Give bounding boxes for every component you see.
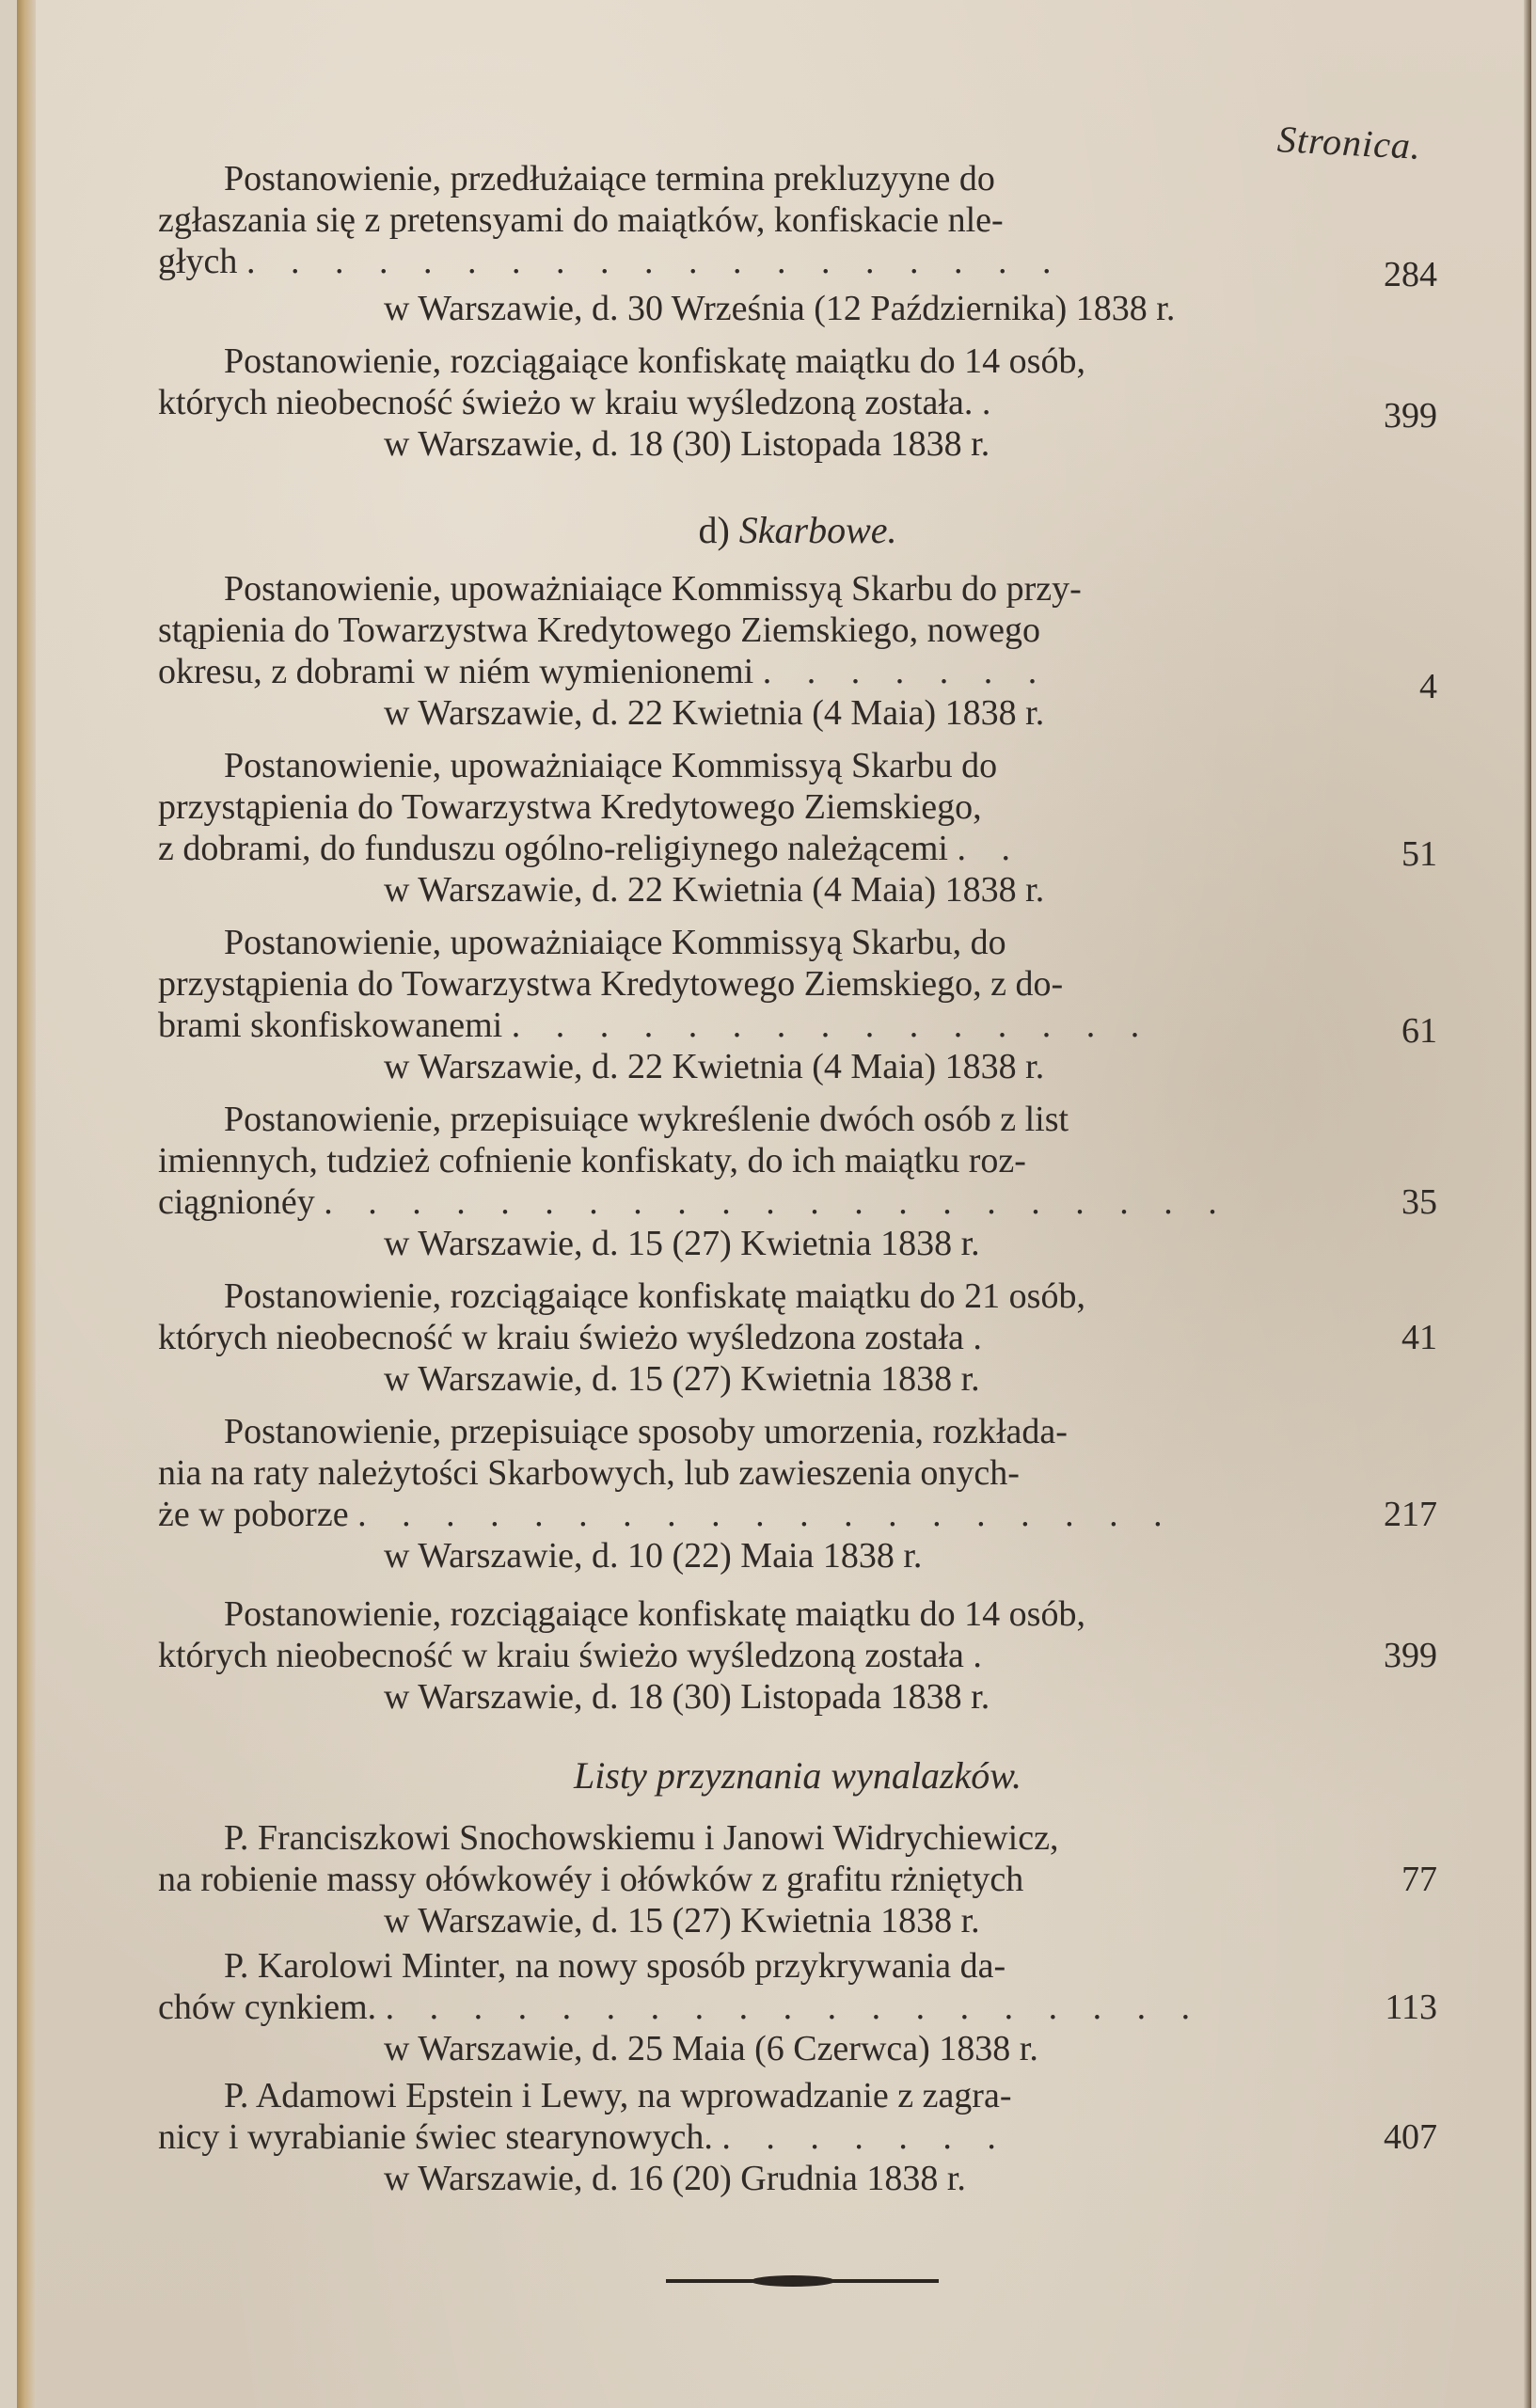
page-number: 407	[1384, 2116, 1437, 2158]
entry-line: brami skonfiskowanemi	[158, 1006, 502, 1045]
entry-line: zgłaszania się z pretensyami do maiątków…	[158, 199, 1437, 241]
section-title: Skarbowe.	[739, 509, 897, 551]
toc-entry: Postanowienie, przepisuiące wykreślenie …	[158, 1099, 1437, 1264]
entry-line: Postanowienie, przepisuiące wykreślenie …	[158, 1099, 1437, 1140]
leader-dots: . . . . . . .	[763, 652, 1051, 691]
entry-line: głych	[158, 242, 237, 281]
toc-entry: Postanowienie, rozciągaiące konfiskatę m…	[158, 1275, 1437, 1400]
entry-date: w Warszawie, d. 22 Kwietnia (4 Maia) 183…	[158, 692, 1437, 734]
entry-line: Postanowienie, rozciągaiące konfiskatę m…	[158, 1593, 1437, 1635]
entry-line: Postanowienie, upoważniaiące Kommissyą S…	[158, 745, 1437, 786]
toc-entry: Postanowienie, przepisuiące sposoby umor…	[158, 1411, 1437, 1576]
leader-dots: .	[973, 1636, 995, 1675]
entry-line: przystąpienia do Towarzystwa Kredytowego…	[158, 963, 1437, 1005]
entry-date: w Warszawie, d. 30 Września (12 Paździer…	[158, 288, 1437, 329]
entry-date: w Warszawie, d. 25 Maia (6 Czerwca) 1838…	[158, 2028, 1437, 2069]
leader-dots: . . . . . . . . . . . . . . . . . . .	[357, 1495, 1176, 1534]
entry-line-with-page: których nieobecność w kraiu świeżo wyśle…	[158, 1317, 1437, 1358]
entry-date: w Warszawie, d. 22 Kwietnia (4 Maia) 183…	[158, 869, 1437, 911]
leader-dots: . . . . . . . . . . . . . . . . . . .	[386, 1988, 1204, 2027]
entry-line: że w poborze	[158, 1495, 349, 1534]
entry-date: w Warszawie, d. 16 (20) Grudnia 1838 r.	[158, 2158, 1437, 2199]
entry-line: których nieobecność w kraiu świeżo wyśle…	[158, 1636, 964, 1675]
entry-date: w Warszawie, d. 18 (30) Listopada 1838 r…	[158, 1676, 1437, 1718]
entry-line: na robienie massy ołówkowéy i ołówków z …	[158, 1860, 1023, 1899]
entry-date: w Warszawie, d. 10 (22) Maia 1838 r.	[158, 1535, 1437, 1576]
entry-line: których nieobecność świeżo w kraiu wyśle…	[158, 383, 973, 422]
page-number: 217	[1384, 1494, 1437, 1535]
entry-line-with-page: głych . . . . . . . . . . . . . . . . . …	[158, 241, 1437, 282]
toc-entry: Postanowienie, rozciągaiące konfiskatę m…	[158, 1593, 1437, 1718]
section-heading-wynalazki: Listy przyznania wynalazków.	[158, 1753, 1437, 1798]
page-number: 35	[1401, 1181, 1437, 1223]
entry-line-with-page: ciągnionéy . . . . . . . . . . . . . . .…	[158, 1181, 1437, 1223]
section-heading-skarbowe: d) Skarbowe.	[158, 508, 1437, 552]
leader-dots: . . . . . . . . . . . . . . . . . . .	[246, 242, 1065, 281]
entry-line: przystąpienia do Towarzystwa Kredytowego…	[158, 786, 1437, 828]
page-number: 399	[1384, 1635, 1437, 1676]
entry-line: nicy i wyrabianie świec stearynowych.	[158, 2117, 713, 2157]
entry-line: imiennych, tudzież cofnienie konfiskaty,…	[158, 1140, 1437, 1181]
leader-dots: . . . . . . . . . . . . . . .	[512, 1006, 1153, 1045]
entry-line-with-page: z dobrami, do funduszu ogólno-religiyneg…	[158, 828, 1437, 869]
page-number: 113	[1385, 1987, 1437, 2028]
toc-entry: P. Karolowi Minter, na nowy sposób przyk…	[158, 1945, 1437, 2069]
entry-line: chów cynkiem.	[158, 1988, 376, 2027]
toc-entry: Postanowienie, upoważniaiące Kommissyą S…	[158, 922, 1437, 1087]
page-number: 41	[1401, 1317, 1437, 1358]
entry-date: w Warszawie, d. 22 Kwietnia (4 Maia) 183…	[158, 1046, 1437, 1087]
entry-line-with-page: okresu, z dobrami w niém wymienionemi . …	[158, 651, 1437, 692]
entry-line: Postanowienie, przedłużaiące termina pre…	[158, 158, 1437, 199]
leader-dots: .	[973, 1318, 995, 1357]
entry-line: P. Franciszkowi Snochowskiemu i Janowi W…	[158, 1817, 1437, 1859]
toc-entry: Postanowienie, upoważniaiące Kommissyą S…	[158, 745, 1437, 911]
page-number: 77	[1401, 1859, 1437, 1900]
leader-dots: . .	[957, 829, 1023, 868]
page-left-edge	[17, 0, 36, 2408]
toc-entry: Postanowienie, upoważniaiące Kommissyą S…	[158, 568, 1437, 734]
entry-line-with-page: chów cynkiem. . . . . . . . . . . . . . …	[158, 1987, 1437, 2028]
document-page: Stronica. Postanowienie, przedłużaiące t…	[17, 0, 1531, 2408]
entry-date: w Warszawie, d. 15 (27) Kwietnia 1838 r.	[158, 1223, 1437, 1264]
entry-line: Postanowienie, rozciągaiące konfiskatę m…	[158, 1275, 1437, 1317]
leader-dots: . . . . . . . . . . . . . . . . . . . . …	[324, 1182, 1230, 1222]
entry-line: z dobrami, do funduszu ogólno-religiyneg…	[158, 829, 948, 868]
entry-line-with-page: że w poborze . . . . . . . . . . . . . .…	[158, 1494, 1437, 1535]
entry-line: Postanowienie, upoważniaiące Kommissyą S…	[158, 568, 1437, 610]
entry-date: w Warszawie, d. 18 (30) Listopada 1838 r…	[158, 423, 1437, 465]
leader-dots: . . . . . . .	[721, 2117, 1009, 2157]
end-ornament-rule	[666, 2274, 939, 2288]
entry-line-with-page: których nieobecność świeżo w kraiu wyśle…	[158, 382, 1437, 423]
entry-line: ciągnionéy	[158, 1182, 315, 1222]
toc-entry: P. Franciszkowi Snochowskiemu i Janowi W…	[158, 1817, 1437, 1941]
entry-line-with-page: brami skonfiskowanemi . . . . . . . . . …	[158, 1005, 1437, 1046]
section-title: Listy przyznania wynalazków.	[574, 1754, 1021, 1797]
entry-line-with-page: na robienie massy ołówkowéy i ołówków z …	[158, 1859, 1437, 1900]
entry-line: P. Karolowi Minter, na nowy sposób przyk…	[158, 1945, 1437, 1987]
entry-line: których nieobecność w kraiu świeżo wyśle…	[158, 1318, 964, 1357]
toc-entry: Postanowienie, przedłużaiące termina pre…	[158, 158, 1437, 329]
section-prefix: d)	[698, 509, 729, 551]
toc-entry: Postanowienie, rozciągaiące konfiskatę m…	[158, 341, 1437, 465]
entry-line: okresu, z dobrami w niém wymienionemi	[158, 652, 753, 691]
entry-line-with-page: których nieobecność w kraiu świeżo wyśle…	[158, 1635, 1437, 1676]
entry-line: P. Adamowi Epstein i Lewy, na wprowadzan…	[158, 2075, 1437, 2116]
page-right-edge	[1524, 0, 1531, 2408]
entry-line: Postanowienie, przepisuiące sposoby umor…	[158, 1411, 1437, 1452]
toc-entry: P. Adamowi Epstein i Lewy, na wprowadzan…	[158, 2075, 1437, 2199]
leader-dots: .	[982, 383, 1005, 422]
entry-line: Postanowienie, rozciągaiące konfiskatę m…	[158, 341, 1437, 382]
entry-line: stąpienia do Towarzystwa Kredytowego Zie…	[158, 610, 1437, 651]
entry-line-with-page: nicy i wyrabianie świec stearynowych. . …	[158, 2116, 1437, 2158]
entry-line: nia na raty należytości Skarbowych, lub …	[158, 1452, 1437, 1494]
entry-date: w Warszawie, d. 15 (27) Kwietnia 1838 r.	[158, 1900, 1437, 1941]
entry-line: Postanowienie, upoważniaiące Kommissyą S…	[158, 922, 1437, 963]
entry-date: w Warszawie, d. 15 (27) Kwietnia 1838 r.	[158, 1358, 1437, 1400]
